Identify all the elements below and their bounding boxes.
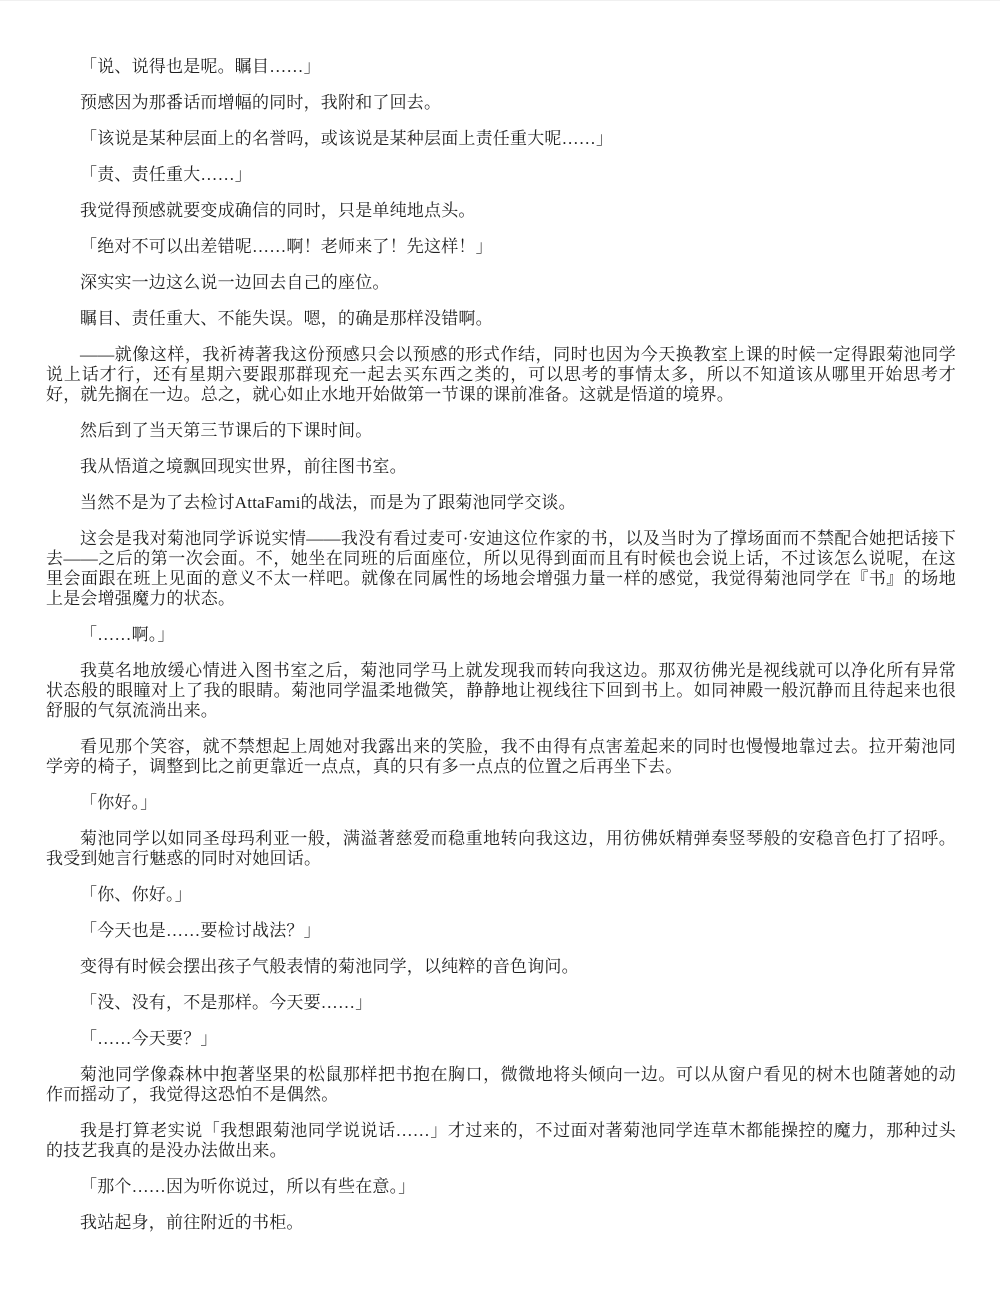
- narration-paragraph: 预感因为那番话而增幅的同时，我附和了回去。: [46, 93, 956, 113]
- narration-paragraph: 我觉得预感就要变成确信的同时，只是单纯地点头。: [46, 201, 956, 221]
- narration-paragraph: 变得有时候会摆出孩子气般表情的菊池同学，以纯粹的音色询问。: [46, 957, 956, 977]
- document-page: 「说、说得也是呢。瞩目……」 预感因为那番话而增幅的同时，我附和了回去。 「该说…: [0, 1, 1000, 1295]
- dialogue-paragraph: 「该说是某种层面上的名誉吗，或该说是某种层面上责任重大呢……」: [46, 129, 956, 149]
- narration-paragraph: 菊池同学像森林中抱著坚果的松鼠那样把书抱在胸口，微微地将头倾向一边。可以从窗户看…: [46, 1065, 956, 1105]
- narration-paragraph: 看见那个笑容，就不禁想起上周她对我露出来的笑脸，我不由得有点害羞起来的同时也慢慢…: [46, 737, 956, 777]
- dialogue-paragraph: 「……今天要？」: [46, 1029, 956, 1049]
- narration-paragraph: 我从悟道之境飘回现实世界，前往图书室。: [46, 457, 956, 477]
- narration-paragraph: 菊池同学以如同圣母玛利亚一般，满溢著慈爱而稳重地转向我这边，用彷佛妖精弹奏竖琴般…: [46, 829, 956, 869]
- dialogue-paragraph: 「那个……因为听你说过，所以有些在意。」: [46, 1177, 956, 1197]
- narration-paragraph: ——就像这样，我祈祷著我这份预感只会以预感的形式作结，同时也因为今天换教室上课的…: [46, 345, 956, 405]
- dialogue-paragraph: 「……啊。」: [46, 625, 956, 645]
- narration-paragraph: 我是打算老实说「我想跟菊池同学说说话……」才过来的，不过面对著菊池同学连草木都能…: [46, 1121, 956, 1161]
- dialogue-paragraph: 「今天也是……要检讨战法？」: [46, 921, 956, 941]
- narration-paragraph: 我站起身，前往附近的书柜。: [46, 1213, 956, 1233]
- dialogue-paragraph: 「你好。」: [46, 793, 956, 813]
- narration-paragraph: 当然不是为了去检讨AttaFami的战法，而是为了跟菊池同学交谈。: [46, 493, 956, 513]
- narration-paragraph: 我莫名地放缓心情进入图书室之后，菊池同学马上就发现我而转向我这边。那双彷佛光是视…: [46, 661, 956, 721]
- narration-paragraph: 深实实一边这么说一边回去自己的座位。: [46, 273, 956, 293]
- dialogue-paragraph: 「说、说得也是呢。瞩目……」: [46, 57, 956, 77]
- dialogue-paragraph: 「你、你好。」: [46, 885, 956, 905]
- narration-paragraph: 这会是我对菊池同学诉说实情——我没有看过麦可·安迪这位作家的书，以及当时为了撑场…: [46, 529, 956, 609]
- narration-paragraph: 瞩目、责任重大、不能失误。嗯，的确是那样没错啊。: [46, 309, 956, 329]
- dialogue-paragraph: 「责、责任重大……」: [46, 165, 956, 185]
- dialogue-paragraph: 「没、没有，不是那样。今天要……」: [46, 993, 956, 1013]
- dialogue-paragraph: 「绝对不可以出差错呢……啊！老师来了！先这样！」: [46, 237, 956, 257]
- narration-paragraph: 然后到了当天第三节课后的下课时间。: [46, 421, 956, 441]
